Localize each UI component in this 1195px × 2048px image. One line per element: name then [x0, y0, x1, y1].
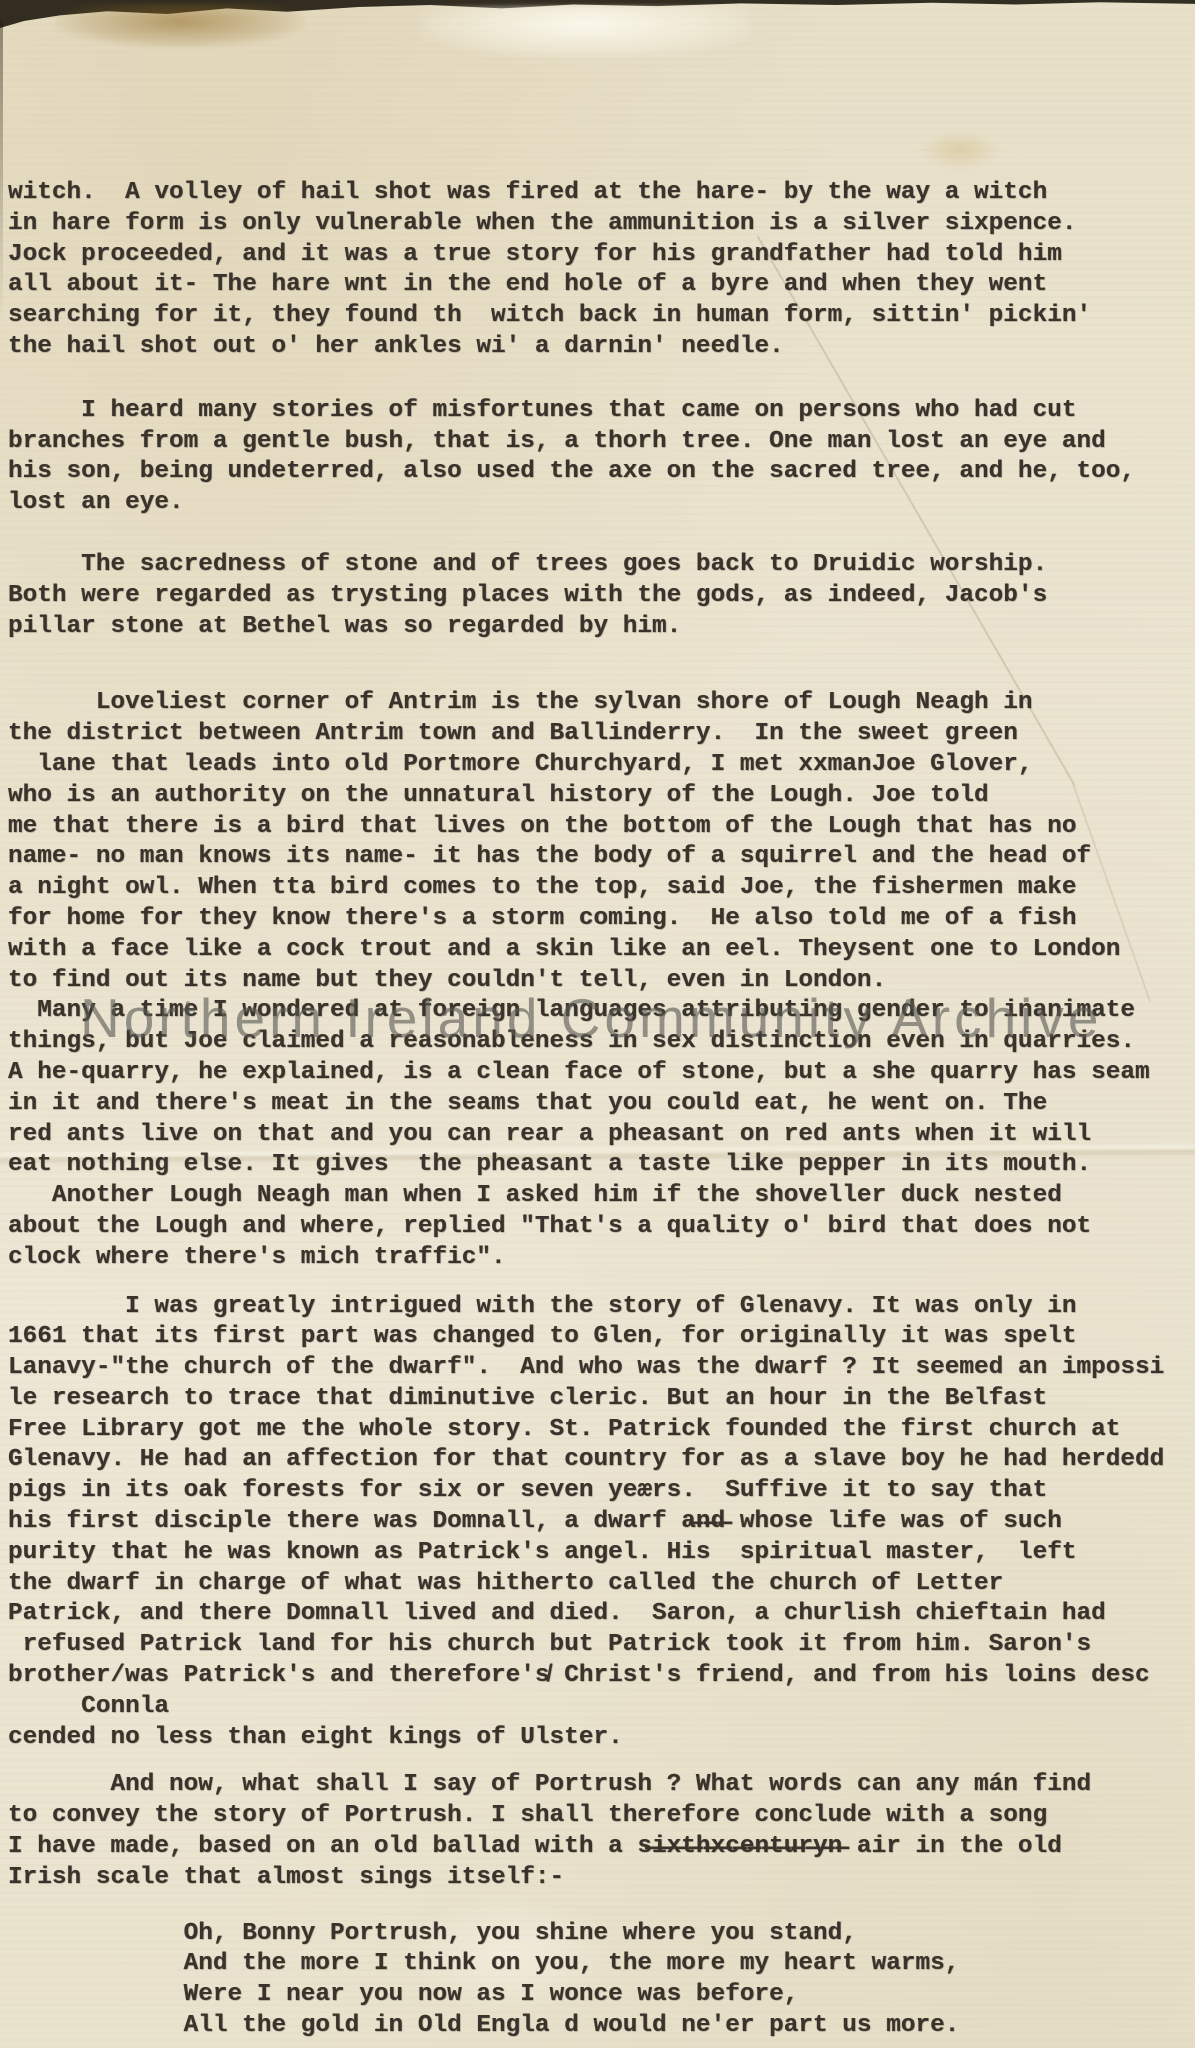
paragraph: Loveliest corner of Antrim is the sylvan…: [8, 688, 1193, 1273]
torn-paper-highlight: [420, 6, 750, 58]
text-line: the hail shot out o' her ankles wi' a da…: [8, 332, 1193, 363]
text-line: witch. A volley of hail shot was fired a…: [8, 178, 1193, 209]
text-line: to convey the story of Portrush. I shall…: [8, 1801, 1193, 1832]
text-line: cended no less than eight kings of Ulste…: [8, 1723, 1193, 1754]
brown-stain: [55, 4, 305, 48]
text-line: Both were regarded as trysting places wi…: [8, 581, 1193, 612]
text-line: searching for it, they found th witch ba…: [8, 301, 1193, 332]
text-line: the district between Antrim town and Bal…: [8, 719, 1193, 750]
text-line: his son, being undeterred, also used the…: [8, 457, 1193, 488]
text-line: the dwarf in charge of what was hitherto…: [8, 1569, 1193, 1600]
text-line: Loveliest corner of Antrim is the sylvan…: [8, 688, 1193, 719]
text-line: for home for they know there's a storm c…: [8, 904, 1193, 935]
typewritten-text: witch. A volley of hail shot was fired a…: [8, 178, 1193, 2042]
text-line: red ants live on that and you can rear a…: [8, 1120, 1193, 1151]
text-line: pigs in its oak forests for six or seven…: [8, 1476, 1193, 1507]
paragraph: I was greatly intrigued with the story o…: [8, 1292, 1193, 1754]
paragraph: And now, what shall I say of Portrush ? …: [8, 1770, 1193, 1893]
text-line: I heard many stories of misfortunes that…: [8, 396, 1193, 427]
text-line: The sacredness of stone and of trees goe…: [8, 550, 1193, 581]
text-line: about the Lough and where, replied "That…: [8, 1212, 1193, 1243]
archive-watermark: Northern Ireland Community Archive: [80, 988, 1102, 1048]
text-line: Lanavy-"the church of the dwarf". And wh…: [8, 1353, 1193, 1384]
text-line: in it and there's meat in the seams that…: [8, 1089, 1193, 1120]
text-line: Patrick, and there Domnall lived and die…: [8, 1599, 1193, 1630]
text-line: who is an authority on the unnatural his…: [8, 781, 1193, 812]
paragraph: witch. A volley of hail shot was fired a…: [8, 178, 1193, 363]
text-line: Free Library got me the whole story. St.…: [8, 1415, 1193, 1446]
text-line: all about it- The hare wnt in the end ho…: [8, 270, 1193, 301]
text-line: a night owl. When tta bird comes to the …: [8, 873, 1193, 904]
text-line: lost an eye.: [8, 488, 1193, 519]
text-line: branches from a gentle bush, that is, a …: [8, 427, 1193, 458]
text-line: I was greatly intrigued with the story o…: [8, 1292, 1193, 1323]
text-line: his first disciple there was Domnall, a …: [8, 1507, 1193, 1538]
text-line: And the more I think on you, the more my…: [8, 1949, 1193, 1980]
text-line: brother/was Patrick's and therefore's̸ C…: [8, 1661, 1193, 1692]
text-line: Jock proceeded, and it was a true story …: [8, 240, 1193, 271]
text-line: 1661 that its first part was changed to …: [8, 1322, 1193, 1353]
text-line: And now, what shall I say of Portrush ? …: [8, 1770, 1193, 1801]
scanned-typescript-page: { "theme": { "paper-top": "#e7dfc8", "pa…: [0, 0, 1195, 2048]
text-line: A he-quarry, he explained, is a clean fa…: [8, 1058, 1193, 1089]
text-line: Irish scale that almost sings itself:-: [8, 1863, 1193, 1894]
text-line: me that there is a bird that lives on th…: [8, 812, 1193, 843]
text-line: purity that he was known as Patrick's an…: [8, 1538, 1193, 1569]
paragraph: I heard many stories of misfortunes that…: [8, 396, 1193, 519]
text-line: in hare form is only vulnerable when the…: [8, 209, 1193, 240]
faint-stain: [920, 130, 1000, 170]
text-line: Another Lough Neagh man when I asked him…: [8, 1181, 1193, 1212]
text-line: refused Patrick land for his church but …: [8, 1630, 1193, 1661]
paragraph: Oh, Bonny Portrush, you shine where you …: [8, 1919, 1193, 2042]
text-line: with a face like a cock trout and a skin…: [8, 935, 1193, 966]
paper-left-edge-shadow: [0, 20, 3, 320]
text-line: Oh, Bonny Portrush, you shine where you …: [8, 1919, 1193, 1950]
text-line: eat nothing else. It gives the pheasant …: [8, 1150, 1193, 1181]
text-line: Glenavy. He had an affection for that co…: [8, 1445, 1193, 1476]
text-line: le research to trace that diminutive cle…: [8, 1384, 1193, 1415]
text-line: Were I near you now as I wonce was befor…: [8, 1980, 1193, 2011]
text-line: Connla: [8, 1692, 1193, 1723]
paragraph: The sacredness of stone and of trees goe…: [8, 550, 1193, 642]
text-line: name- no man knows its name- it has the …: [8, 842, 1193, 873]
text-line: clock where there's mich traffic".: [8, 1243, 1193, 1274]
text-line: I have made, based on an old ballad with…: [8, 1832, 1193, 1863]
text-line: lane that leads into old Portmore Church…: [8, 750, 1193, 781]
text-line: All the gold in Old Engla d would ne'er …: [8, 2011, 1193, 2042]
text-line: pillar stone at Bethel was so regarded b…: [8, 612, 1193, 643]
